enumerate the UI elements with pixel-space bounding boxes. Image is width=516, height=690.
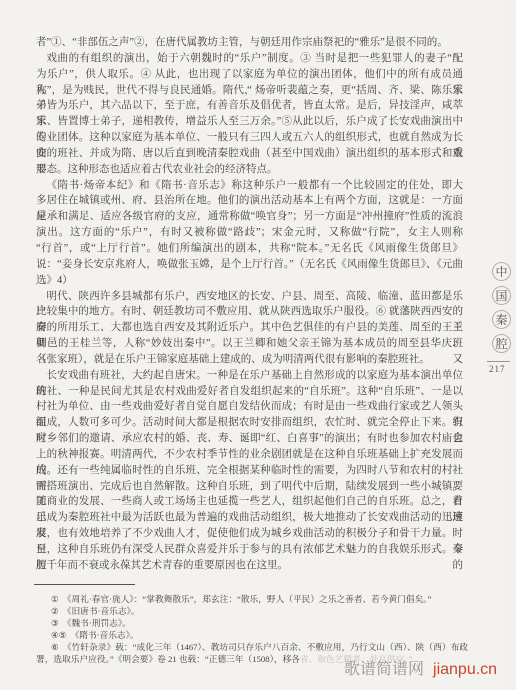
text-line: 者”①、“非部伍之声”②，在唐代属教坊主管，与朝廷用作宗庙祭祀的“雅乐”是很不同… bbox=[36, 35, 463, 51]
text-line: 展，也有效地培养了不少戏曲人才，促使他们成为城乡戏曲活动的积极分子和骨干力量。时… bbox=[36, 526, 463, 542]
text-line: 说：“妾身长安京兆府人，唤做张玉嫦，是个上厅行首。”（无名氏《风雨像生货郎旦》、… bbox=[36, 257, 463, 273]
text-line: 府的所用乐工、大都也选自西安及其附近乐户。其中色艺俱佳的有户县的美莲、周至的王兰… bbox=[36, 320, 463, 336]
book-side-title: 中国秦腔 bbox=[492, 262, 514, 358]
text-line: 工商业的发展、一些商人或工场场主也延揽一些艺人，组织起他们自己的自乐班。总之，自… bbox=[36, 494, 463, 510]
text-line: 《隋书·炀帝本纪》和《隋书·音乐志》称这种乐户一般都有一个比较固定的住处，即大 bbox=[36, 178, 463, 194]
text-line: 长安戏曲有班社，大约起自唐宋。一种是在乐户基础上自然形成的以家庭为基本演出单位的 bbox=[36, 368, 463, 384]
text-line: 村社为单位、由一些戏曲爱好者自觉自愿自发结伙而成；有时是由一些戏曲行家或艺人领头… bbox=[36, 399, 463, 415]
side-title-char: 秦 bbox=[492, 310, 511, 329]
footnote-marker: ⑥ bbox=[51, 642, 59, 652]
text-line: “行首”，或“上厅行首”。她们所编演出的剧本，共称“院本。”无名氏《风雨像生货郎… bbox=[36, 241, 463, 257]
text-line: 家、皆置博士弟子，递相教传，增益乐人至三万余。”⑤从此以后，乐户成了长安戏曲演出… bbox=[36, 114, 463, 130]
text-line: 曲的班社、并成为隋、唐以后直到晚清秦腔戏曲（甚至中国戏曲）演出组织的基本形式和重… bbox=[36, 146, 463, 162]
text-line: 而成，人数可多可少。活动时间大都是根据农时安排而组织，农忙时、就完全停止下来。有… bbox=[36, 415, 463, 431]
footnote-marker: ② bbox=[51, 606, 59, 616]
footnotes-block: ①《周礼·春官·旄人》：“掌教舞散乐”，郑玄注：“散乐，野人（平民）之乐之善者、… bbox=[36, 594, 468, 665]
text-line: 已成为秦腔班社中最为活跃也最为普遍的戏曲活动组织，极大地推动了长安戏曲活动的迅速… bbox=[36, 510, 463, 526]
side-title-char: 腔 bbox=[492, 334, 511, 353]
text-line: 的。还有一些纯属临时性的自乐班、完全根据某种临时性的需要，为四时八节和农村的村社… bbox=[36, 463, 463, 479]
watermark: 歌谱简谱网 jianpu.cn bbox=[344, 661, 497, 679]
footnote-divider bbox=[34, 584, 135, 585]
footnote-item: ①《周礼·春官·旄人》：“掌教舞散乐”，郑玄注：“散乐，野人（平民）之乐之善者、… bbox=[36, 594, 468, 606]
footnote-text: 《旧唐书·音乐志》。 bbox=[63, 606, 140, 616]
text-line: 为乐户”，供人取乐。④ 从此，也出现了以家庭为单位的演出团体，他们中的所有成员通… bbox=[36, 67, 463, 83]
text-line: 专业团体。这种以家庭为基本单位、一般只有三四人或五六人的组织形式，也就自然成为长… bbox=[36, 130, 463, 146]
text-line: 演出。这方面的“乐户”，有时又被称做“路歧”；宋金元时，又称做“行院”，女主人则… bbox=[36, 225, 463, 241]
main-text-block: 者”①、“非部伍之声”②，在唐代属教坊主管，与朝廷用作宗庙祭祀的“雅乐”是很不同… bbox=[36, 35, 463, 574]
text-line: 而搭班演出、完成后也自然解散。这种自乐班，到了明代中后期，陆续发展到一些小城镇。… bbox=[36, 479, 463, 495]
text-line: 比较集中的地方。有时、朝廷教坊司不敷应用、就从陕西选取乐户服役。⑥ 就藩陕西西安… bbox=[36, 304, 463, 320]
page-number: 217 bbox=[489, 364, 506, 374]
text-line: 名张家班），就是在乐户王锦家庭基础上建成的、成为明清两代很有影响的秦腔班社。 bbox=[36, 352, 463, 368]
text-line: 选》4） bbox=[36, 273, 463, 289]
text-line: 上的秋神报赛。明清两代，不少农村季节性的业余剧团就是在这种自乐班基础上扩充发展而… bbox=[36, 447, 463, 463]
text-line: 人”，是为贱民，世代不得与良民通婚。隋代，炀帝听裴蕴之奏，更“括周、齐、梁、陈乐… bbox=[36, 83, 463, 99]
page-number-rule bbox=[487, 361, 510, 362]
text-line: 日，这种自乐班仍有深受人民群众喜爱并乐于参与的具有浓郁艺术魅力的自我娱乐形式。秦… bbox=[36, 542, 463, 558]
text-line: 明代、陕西许多县城都有乐户，西安地区的长安、户县、周至、高陵、临潼、蓝田都是乐户 bbox=[36, 289, 463, 305]
text-line: 应乡邻们的邀请、承应农村的婚、丧、寿、诞即“红、白喜事”的演出；有时也参加农村庙… bbox=[36, 431, 463, 447]
side-title-char: 中 bbox=[492, 262, 511, 281]
text-line: 形态。这种形态也适应着古代农业社会的经济特点。 bbox=[36, 162, 463, 178]
book-page: 者”①、“非部伍之声”②，在唐代属教坊主管，与朝廷用作宗庙祭祀的“雅乐”是很不同… bbox=[0, 0, 516, 690]
text-line: 班社、一种是民间尤其是农村戏曲爱好者自发组织起来的“自乐班”。这种“自乐班”、一… bbox=[36, 384, 463, 400]
footnote-marker: ④⑤ bbox=[51, 630, 67, 640]
watermark-site-name: 歌谱简谱网 bbox=[344, 661, 424, 678]
text-line: 多居住在城镇或州、府、县治所在地。他们的演出活动基本上有两个方面，这就是：一方面… bbox=[36, 193, 463, 209]
footnote-text: 《周礼·春官·旄人》：“掌教舞散乐”，郑玄注：“散乐，野人（平民）之乐之善者、若… bbox=[63, 594, 432, 604]
side-title-char: 国 bbox=[492, 286, 511, 305]
footnote-marker: ③ bbox=[51, 618, 59, 628]
footnote-item: ②《旧唐书·音乐志》。 bbox=[36, 606, 468, 618]
text-line: 戏曲的有组织的演出，始于六朝魏时的“乐户”制度。③ 当时是把一些犯罪人的妻子“配 bbox=[36, 51, 463, 67]
footnote-text: 《魏书·刑罚志》。 bbox=[63, 618, 131, 628]
text-line: 应承和满足、适应各级官府的支应，通常称做“唤官身”；另一方面是“冲州撞府”性质的… bbox=[36, 209, 463, 225]
text-line: 弟皆为乐户，其六品以下，至于庶，有善音乐及倡优者，皆直太常。是后，异技淫声，咸萃… bbox=[36, 98, 463, 114]
footnote-item: ④⑤《隋书·音乐志》。 bbox=[36, 630, 468, 642]
watermark-site-url: jianpu.cn bbox=[433, 661, 497, 678]
footnote-item: ③《魏书·刑罚志》。 bbox=[36, 618, 468, 630]
footnote-text: 《隋书·音乐志》。 bbox=[71, 630, 139, 640]
footnote-marker: ① bbox=[51, 594, 59, 604]
text-line: 朝邑的王桂兰等，人称“妙妓出秦中”。以王兰卿和她父亲王锦为基本成员的周至县华庆班… bbox=[36, 336, 463, 352]
